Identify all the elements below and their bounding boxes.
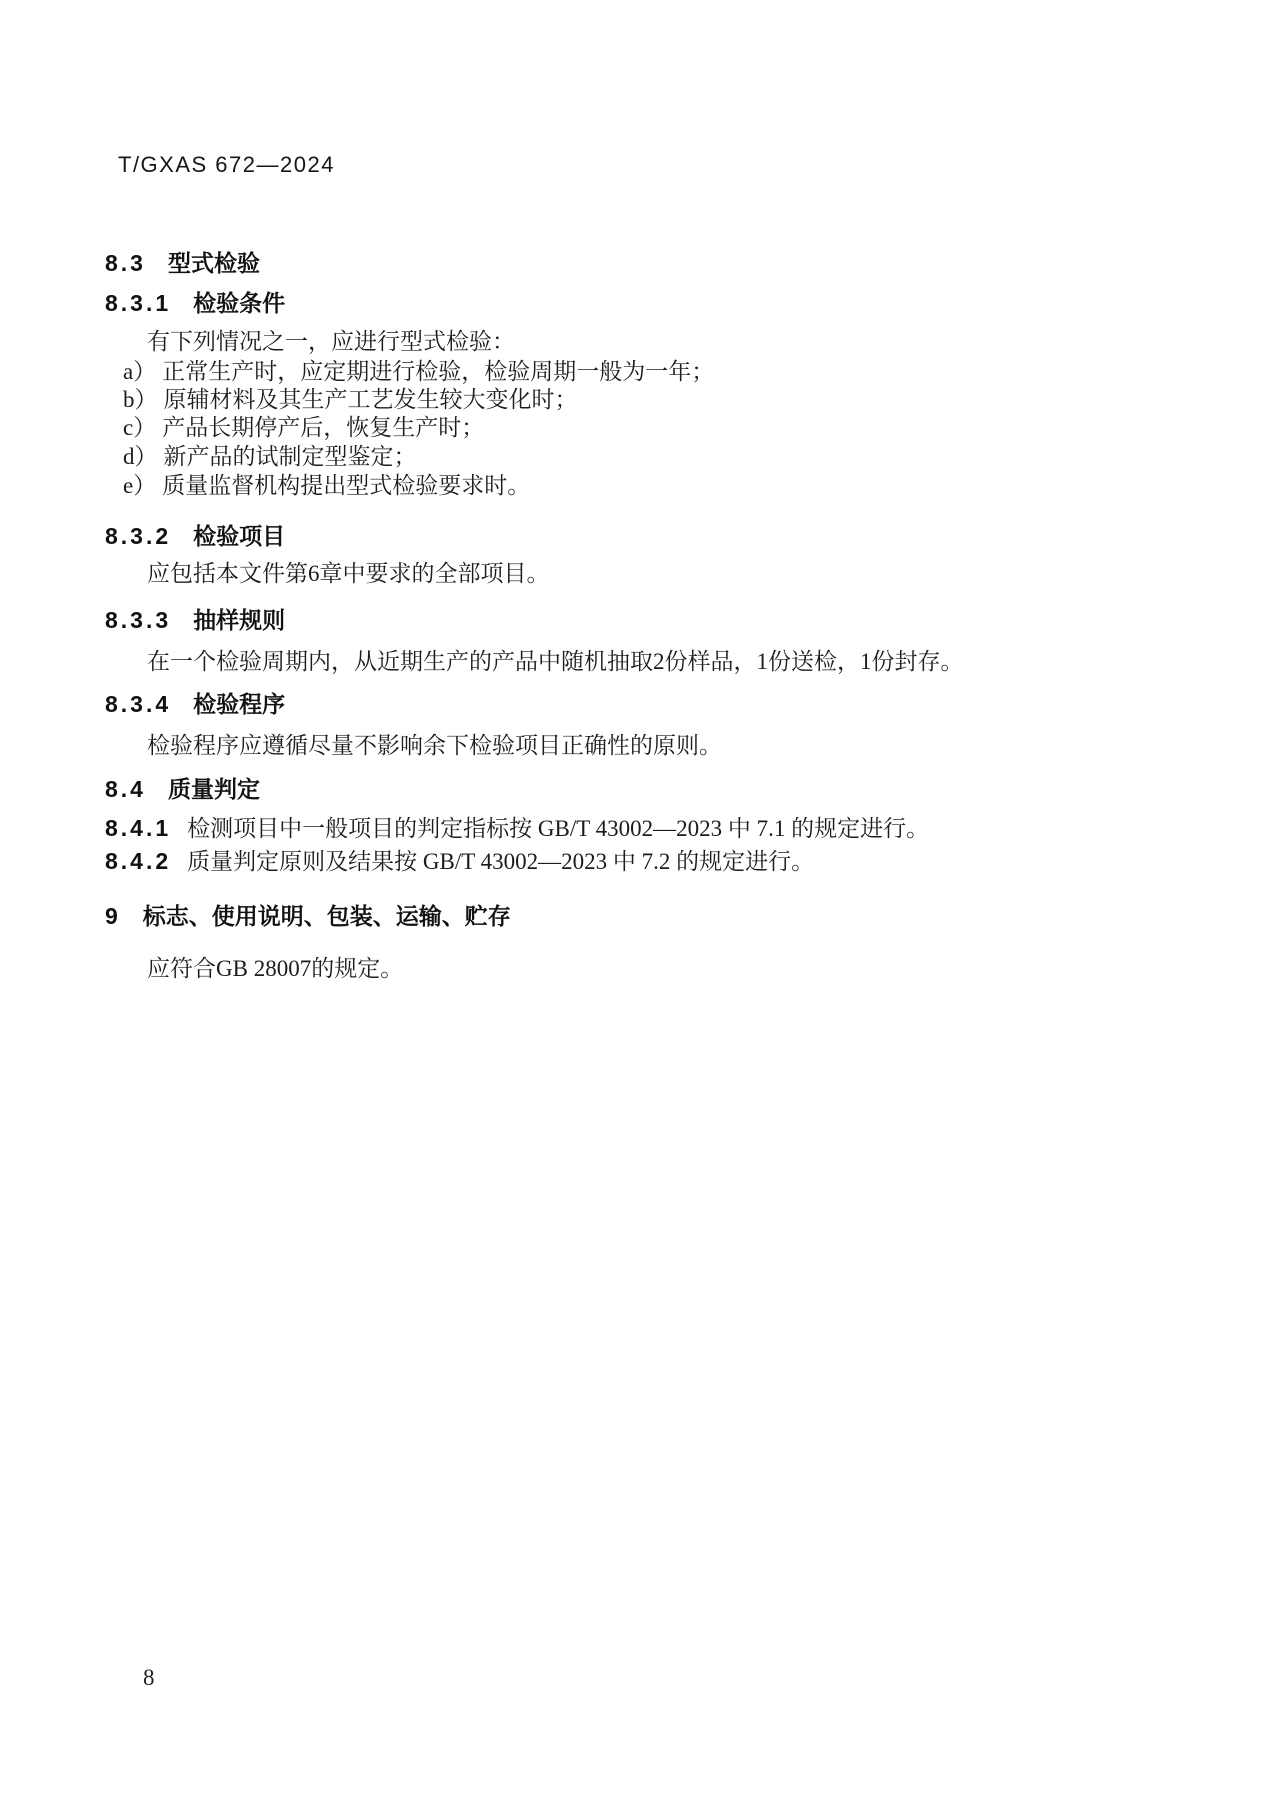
section-8-3-4-body: 检验程序应遵循尽量不影响余下检验项目正确性的原则。: [147, 731, 722, 761]
section-8-3-2-body: 应包括本文件第6章中要求的全部项目。: [147, 559, 550, 589]
section-8-3-4-number: 8.3.4: [105, 691, 171, 717]
list-item-b-text: 原辅材料及其生产工艺发生较大变化时；: [164, 387, 578, 412]
section-8-3-2-number: 8.3.2: [105, 523, 171, 549]
section-8-3-2-title: 检验项目: [193, 523, 285, 549]
section-8-3-title: 型式检验: [168, 250, 260, 276]
section-8-3-4-heading: 8.3.4检验程序: [105, 689, 285, 719]
section-8-3-1-intro: 有下列情况之一，应进行型式检验：: [147, 327, 515, 357]
section-8-3-4-title: 检验程序: [193, 691, 285, 717]
list-item-b-label: b）: [123, 387, 158, 412]
section-8-3-3-heading: 8.3.3抽样规则: [105, 605, 285, 635]
clause-8-4-2: 8.4.2质量判定原则及结果按 GB/T 43002—2023 中 7.2 的规…: [105, 846, 814, 877]
list-item-d: d）新产品的试制定型鉴定；: [123, 442, 417, 472]
clause-8-4-2-number: 8.4.2: [105, 848, 171, 874]
clause-8-4-1-text: 检测项目中一般项目的判定指标按 GB/T 43002—2023 中 7.1 的规…: [187, 816, 929, 841]
clause-8-4-1: 8.4.1检测项目中一般项目的判定指标按 GB/T 43002—2023 中 7…: [105, 813, 929, 844]
document-page: T/GXAS 672—2024 8.3型式检验 8.3.1检验条件 有下列情况之…: [0, 0, 1280, 1810]
section-8-3-3-body: 在一个检验周期内，从近期生产的产品中随机抽取2份样品，1份送检，1份封存。: [147, 647, 964, 677]
list-item-a-text: 正常生产时，应定期进行检验，检验周期一般为一年；: [162, 359, 714, 384]
section-9-title: 标志、使用说明、包装、运输、贮存: [143, 903, 511, 929]
section-8-4-heading: 8.4质量判定: [105, 774, 260, 804]
section-9-body: 应符合GB 28007的规定。: [147, 954, 403, 984]
section-8-4-number: 8.4: [105, 776, 146, 802]
section-8-3-number: 8.3: [105, 250, 146, 276]
list-item-d-text: 新产品的试制定型鉴定；: [164, 444, 417, 469]
list-item-e-text: 质量监督机构提出型式检验要求时。: [162, 473, 530, 498]
list-item-a-label: a）: [123, 359, 156, 384]
section-8-3-2-heading: 8.3.2检验项目: [105, 521, 285, 551]
list-item-c-label: c）: [123, 415, 156, 440]
doc-number-header: T/GXAS 672—2024: [118, 150, 335, 180]
list-item-a: a）正常生产时，应定期进行检验，检验周期一般为一年；: [123, 357, 714, 387]
list-item-d-label: d）: [123, 444, 158, 469]
section-8-3-1-title: 检验条件: [193, 290, 285, 316]
list-item-c-text: 产品长期停产后，恢复生产时；: [162, 415, 484, 440]
section-8-3-1-heading: 8.3.1检验条件: [105, 288, 285, 318]
section-9-number: 9: [105, 903, 121, 929]
list-item-e: e）质量监督机构提出型式检验要求时。: [123, 471, 530, 501]
page-number: 8: [143, 1663, 155, 1693]
list-item-e-label: e）: [123, 473, 156, 498]
clause-8-4-2-text: 质量判定原则及结果按 GB/T 43002—2023 中 7.2 的规定进行。: [187, 849, 814, 874]
section-8-3-1-number: 8.3.1: [105, 290, 171, 316]
clause-8-4-1-number: 8.4.1: [105, 815, 171, 841]
section-9-heading: 9标志、使用说明、包装、运输、贮存: [105, 901, 511, 931]
section-8-3-3-title: 抽样规则: [193, 607, 285, 633]
list-item-b: b）原辅材料及其生产工艺发生较大变化时；: [123, 385, 578, 415]
section-8-4-title: 质量判定: [168, 776, 260, 802]
list-item-c: c）产品长期停产后，恢复生产时；: [123, 413, 484, 443]
section-8-3-3-number: 8.3.3: [105, 607, 171, 633]
section-8-3-heading: 8.3型式检验: [105, 248, 260, 278]
